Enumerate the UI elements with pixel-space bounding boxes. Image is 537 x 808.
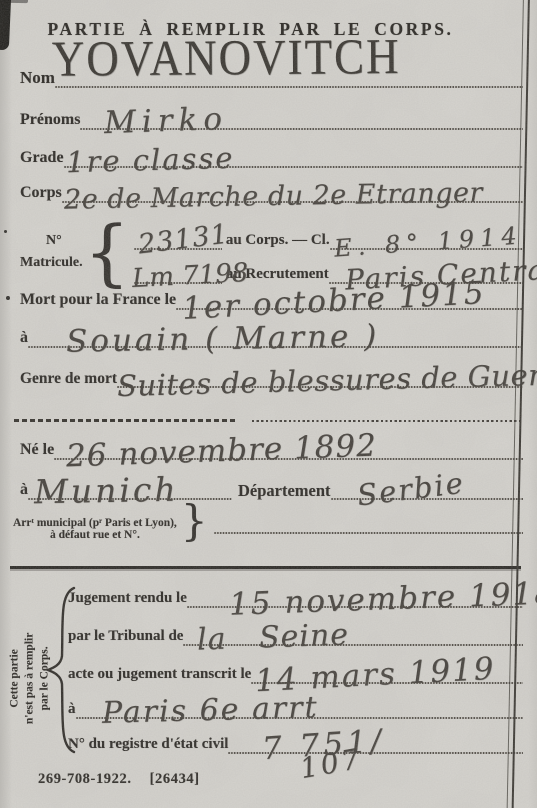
dotted-line: 14 mars 1919 — [251, 658, 523, 684]
arrondissement-label-block: Arrᵗ municipal (pʳ Paris et Lyon), à déf… — [13, 517, 177, 541]
genre-mort-value-handwritten: Suites de blessures de Guerre — [117, 360, 537, 401]
ne-date-handwritten: 26 novembre 1892 — [66, 431, 378, 473]
corps-value-handwritten: 2e de Marche du 2e Etranger — [64, 179, 483, 213]
dotted-line: Souain ( Marne ) — [28, 322, 523, 348]
mort-date-handwritten: 1er octobre 1915 — [182, 278, 487, 325]
ne-label: Né le — [20, 442, 54, 460]
nom-value-handwritten: YOVANOVITCH — [52, 27, 401, 88]
dotted-line: Mirko — [80, 104, 523, 130]
side-note-line1: Cette partie — [8, 593, 23, 763]
prenoms-label: Prénoms — [20, 112, 80, 130]
grade-row: Grade 1re classe — [20, 142, 523, 168]
registre-label: N° du registre d'état civil — [68, 737, 228, 754]
genre-mort-label: Genre de mort — [20, 371, 117, 388]
form-ref-bracket: [26434] — [150, 771, 200, 788]
tribunal-row: par le Tribunal de la Seine — [68, 620, 523, 646]
matricule-label-line2: Matricule. — [20, 256, 84, 272]
arrondissement-brace: } — [181, 504, 208, 538]
nom-label: Nom — [20, 69, 55, 88]
jugement-rendu-row: Jugement rendu le 15 novembre 1918 — [68, 582, 523, 608]
grade-value-handwritten: 1re classe — [65, 144, 234, 177]
jugement-rendu-value-handwritten: 15 novembre 1918 — [228, 578, 537, 620]
deces-lieu-row: à Souain ( Marne ) — [20, 322, 523, 348]
grade-label: Grade — [20, 150, 64, 168]
ink-speck — [6, 296, 10, 300]
registre-flourish-handwritten: 107 — [298, 745, 364, 783]
corps-row: Corps 2e de Marche du 2e Etranger — [20, 177, 523, 203]
deces-lieu-label: à — [20, 330, 28, 348]
matricule-block: N° Matricule. { 23131 au Corps. — Cl. E.… — [20, 222, 523, 284]
naissance-lieu-label: à — [20, 482, 28, 500]
dotted-line: 1er octobre 1915 — [176, 284, 523, 310]
dashed-separator-right — [252, 420, 523, 422]
dotted-line: la Seine — [183, 620, 523, 646]
dotted-line: Serbie — [331, 474, 523, 500]
arrondissement-row: Arrᵗ municipal (pʳ Paris et Lyon), à déf… — [13, 508, 523, 538]
naissance-lieu-value-handwritten: Munich — [34, 473, 179, 509]
departement-label: Département — [238, 482, 331, 500]
dotted-line: Suites de blessures de Guerre — [117, 362, 523, 388]
genre-mort-row: Genre de mort Suites de blessures de Gue… — [20, 362, 523, 388]
prenoms-value-handwritten: Mirko — [104, 104, 229, 139]
section-divider-rule — [10, 566, 521, 569]
side-note-line2: n'est pas à remplir — [23, 593, 38, 763]
ink-speck — [4, 230, 7, 233]
tribunal-label: par le Tribunal de — [68, 629, 183, 646]
arrondissement-label-line2: à défaut rue et N°. — [50, 529, 140, 541]
naissance-lieu-row: à Munich Département Serbie — [20, 474, 523, 500]
departement-value-handwritten: Serbie — [355, 469, 466, 511]
jugement-rendu-label: Jugement rendu le — [68, 591, 187, 608]
au-corps-label: au Corps. — Cl. — [226, 233, 330, 250]
scan-corner-smudge — [8, 0, 28, 3]
transcrit-row: acte ou jugement transcrit le 14 mars 19… — [68, 658, 523, 684]
form-reference: 269-708-1922. [26434] — [38, 771, 200, 788]
transcrit-label: acte ou jugement transcrit le — [68, 667, 251, 684]
matricule-label-line1: N° — [20, 234, 84, 250]
jugement-section: Cette partie n'est pas à remplir par le … — [14, 582, 523, 787]
dotted-line: 15 novembre 1918 — [187, 582, 523, 608]
naissance-date-row: Né le 26 novembre 1892 — [20, 434, 523, 460]
tribunal-value-handwritten: la Seine — [197, 620, 350, 655]
dotted-line: 7 751/ — [228, 728, 523, 754]
dotted-line: 2e de Marche du 2e Etranger — [62, 177, 523, 203]
dotted-line: 1re classe — [64, 142, 523, 168]
dotted-line: 26 novembre 1892 — [54, 434, 523, 460]
corps-label: Corps — [20, 185, 62, 203]
dotted-line: Lm 7198 — [134, 250, 222, 284]
registre-row: N° du registre d'état civil 7 751/ — [68, 728, 523, 754]
mort-row: Mort pour la France le 1er octobre 1915 — [20, 284, 523, 310]
matricule-corps-line: 23131 au Corps. — Cl. E. 8° 1914 — [134, 225, 523, 250]
dotted-line: E. 8° 1914 — [330, 225, 523, 250]
mort-label: Mort pour la France le — [20, 292, 176, 310]
dotted-line: Paris 6e arrt — [76, 693, 524, 719]
deces-lieu-value-handwritten: Souain ( Marne ) — [66, 321, 380, 357]
form-ref-number: 269-708-1922. — [38, 771, 132, 788]
scanned-death-record-card: PARTIE À REMPLIR PAR LE CORPS. Nom YOVAN… — [0, 0, 537, 808]
dashed-separator-left — [14, 419, 238, 422]
arrondissement-label-line1: Arrᵗ municipal (pʳ Paris et Lyon), — [13, 517, 177, 529]
jugement-lieu-value-handwritten: Paris 6e arrt — [101, 693, 318, 729]
jugement-lieu-label: à — [68, 702, 76, 719]
dotted-line: 23131 — [134, 225, 222, 250]
matricule-label-block: N° Matricule. — [20, 222, 84, 284]
matricule-brace: { — [84, 222, 130, 284]
prenoms-row: Prénoms Mirko — [20, 104, 523, 130]
jugement-lieu-row: à Paris 6e arrt — [68, 693, 523, 719]
dotted-line — [214, 508, 523, 534]
